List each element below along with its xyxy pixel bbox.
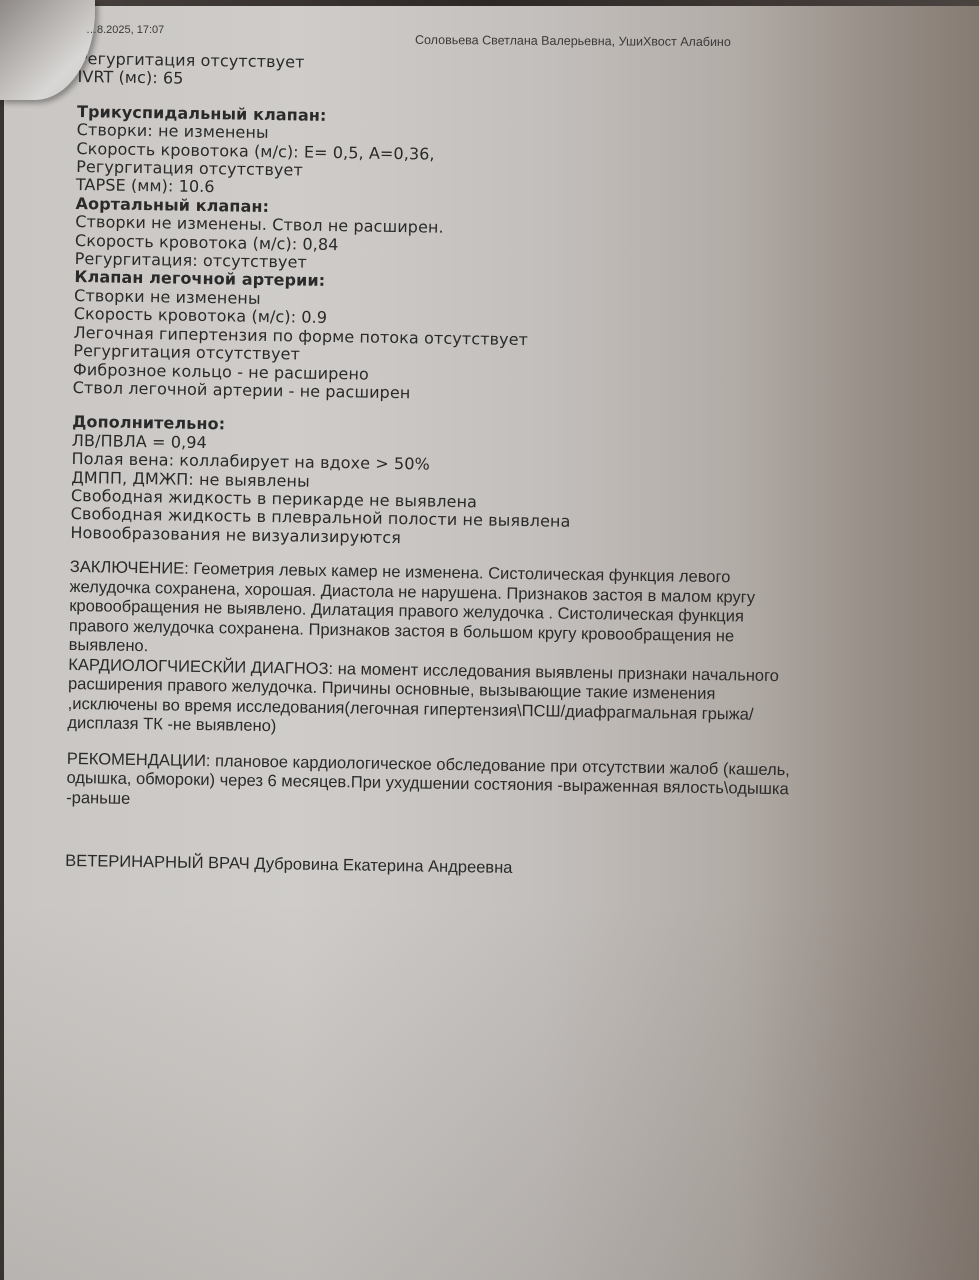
pulmonary-section: Клапан легочной артерии: Створки не изме…: [73, 268, 975, 411]
owner-clinic: Соловьева Светлана Валерьевна, УшиХвост …: [415, 33, 731, 49]
conclusion-paragraph: ЗАКЛЮЧЕНИЕ: Геометрия левых камер не изм…: [68, 558, 889, 668]
report-body: Регургитация отсутствует IVRT (мс): 65 Т…: [65, 50, 978, 885]
print-date: …8.2025, 17:07: [86, 24, 164, 36]
additional-section: Дополнительно: ЛВ/ПВЛА = 0,94 Полая вена…: [70, 413, 972, 556]
tricuspid-section: Трикуспидальный клапан: Створки: не изме…: [76, 103, 977, 209]
diagnosis-paragraph: КАРДИОЛОГЧИЕСКЙИ ДИАГНОЗ: на момент иссл…: [67, 656, 888, 747]
